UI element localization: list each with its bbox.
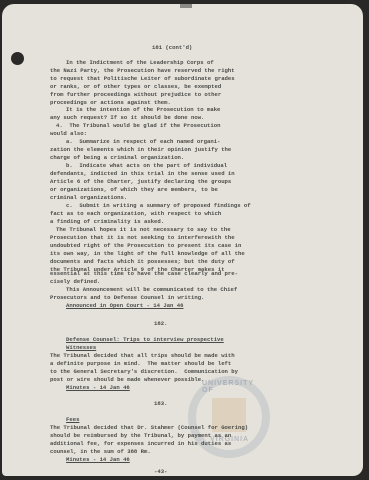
binder-clip — [180, 4, 192, 8]
body-line: a definite purpose in mind. The matter s… — [50, 360, 231, 368]
body-line: In the Indictment of the Leadership Corp… — [66, 59, 214, 67]
body-line: documents and facts which it possesses; … — [50, 258, 235, 266]
section-183-title: Fees — [66, 416, 79, 424]
section-182-title-cont: Witnesses — [66, 344, 96, 352]
body-line: counsel, in the sum of 388 Rm. — [50, 448, 151, 456]
announcement-footer: Announced in Open Court - 14 Jan 46 — [66, 302, 184, 310]
body-line: undoubted right of the Prosecution to pr… — [50, 242, 241, 250]
body-line: This Announcement will be communicated t… — [66, 286, 237, 294]
body-line: defendants, indicted in this trial in th… — [50, 170, 235, 178]
body-line: post or wire should be made whenever pos… — [50, 376, 204, 384]
section-182-minutes: Minutes - 14 Jan 46 — [66, 384, 130, 392]
body-line: fact as to each organization, with respe… — [50, 210, 221, 218]
section-number-183: 183. — [154, 400, 167, 408]
body-line: additional fee, for expenses incurred in… — [50, 440, 231, 448]
body-line: The Tribunal decided that Dr. Stahmer (C… — [50, 424, 248, 432]
body-line: the Nazi Party, the Prosecution have res… — [50, 67, 235, 75]
body-line: to the General Secretary's discretion. C… — [50, 368, 238, 376]
body-line: Article 6 of the Charter, justify declar… — [50, 178, 231, 186]
body-line: or organizations, of which they are memb… — [50, 186, 218, 194]
section-183-minutes: Minutes - 14 Jan 46 — [66, 456, 130, 464]
body-line: Prosecution that it is not seeking to in… — [50, 234, 235, 242]
page-number: -43- — [154, 468, 167, 476]
seal-text-top: UNIVERSITY OF — [202, 380, 262, 394]
section-182-title: Defense Counsel: Trips to interview pros… — [66, 336, 224, 344]
body-line: would also: — [50, 130, 87, 138]
body-line: any such request? If so it should be don… — [50, 114, 204, 122]
body-line: its own way, in the light of the full kn… — [50, 250, 245, 258]
body-line: 4. The Tribunal would be glad if the Pro… — [56, 122, 220, 130]
body-line: The Tribunal hopes it is not necessary t… — [56, 226, 231, 234]
body-line: a finding of criminality is asked. — [50, 218, 164, 226]
body-line: criminal organizations. — [50, 194, 127, 202]
document-page: UNIVERSITY OF VIRGINIA 181 (cont'd) In t… — [2, 4, 363, 476]
body-line: zation the elements which in their opini… — [50, 146, 231, 154]
body-line: a. Summarize in respect of each named or… — [66, 138, 220, 146]
punch-hole — [11, 52, 24, 65]
body-line: c. Submit in writing a summary of propos… — [66, 202, 251, 210]
body-line: Prosecutors and to Defense Counsel in wr… — [50, 294, 204, 302]
body-line: or ranks, or of other types or classes, … — [50, 83, 221, 91]
section-heading: 181 (cont'd) — [152, 44, 192, 52]
body-line: from further proceedings without prejudi… — [50, 91, 221, 99]
body-line: to request that Politische Leiter of sub… — [50, 75, 235, 83]
body-line: b. Indicate what acts on the part of ind… — [66, 162, 227, 170]
body-line: The Tribunal decided that all trips shou… — [50, 352, 235, 360]
body-line: charge of being a criminal organization. — [50, 154, 184, 162]
body-line: It is the intention of the Prosecution t… — [66, 106, 220, 114]
body-line: should be reimbursed by the Tribunal, by… — [50, 432, 231, 440]
body-line: essential at this time to have the case … — [50, 270, 238, 278]
body-line: cisely defined. — [50, 278, 100, 286]
section-number-182: 182. — [154, 320, 167, 328]
